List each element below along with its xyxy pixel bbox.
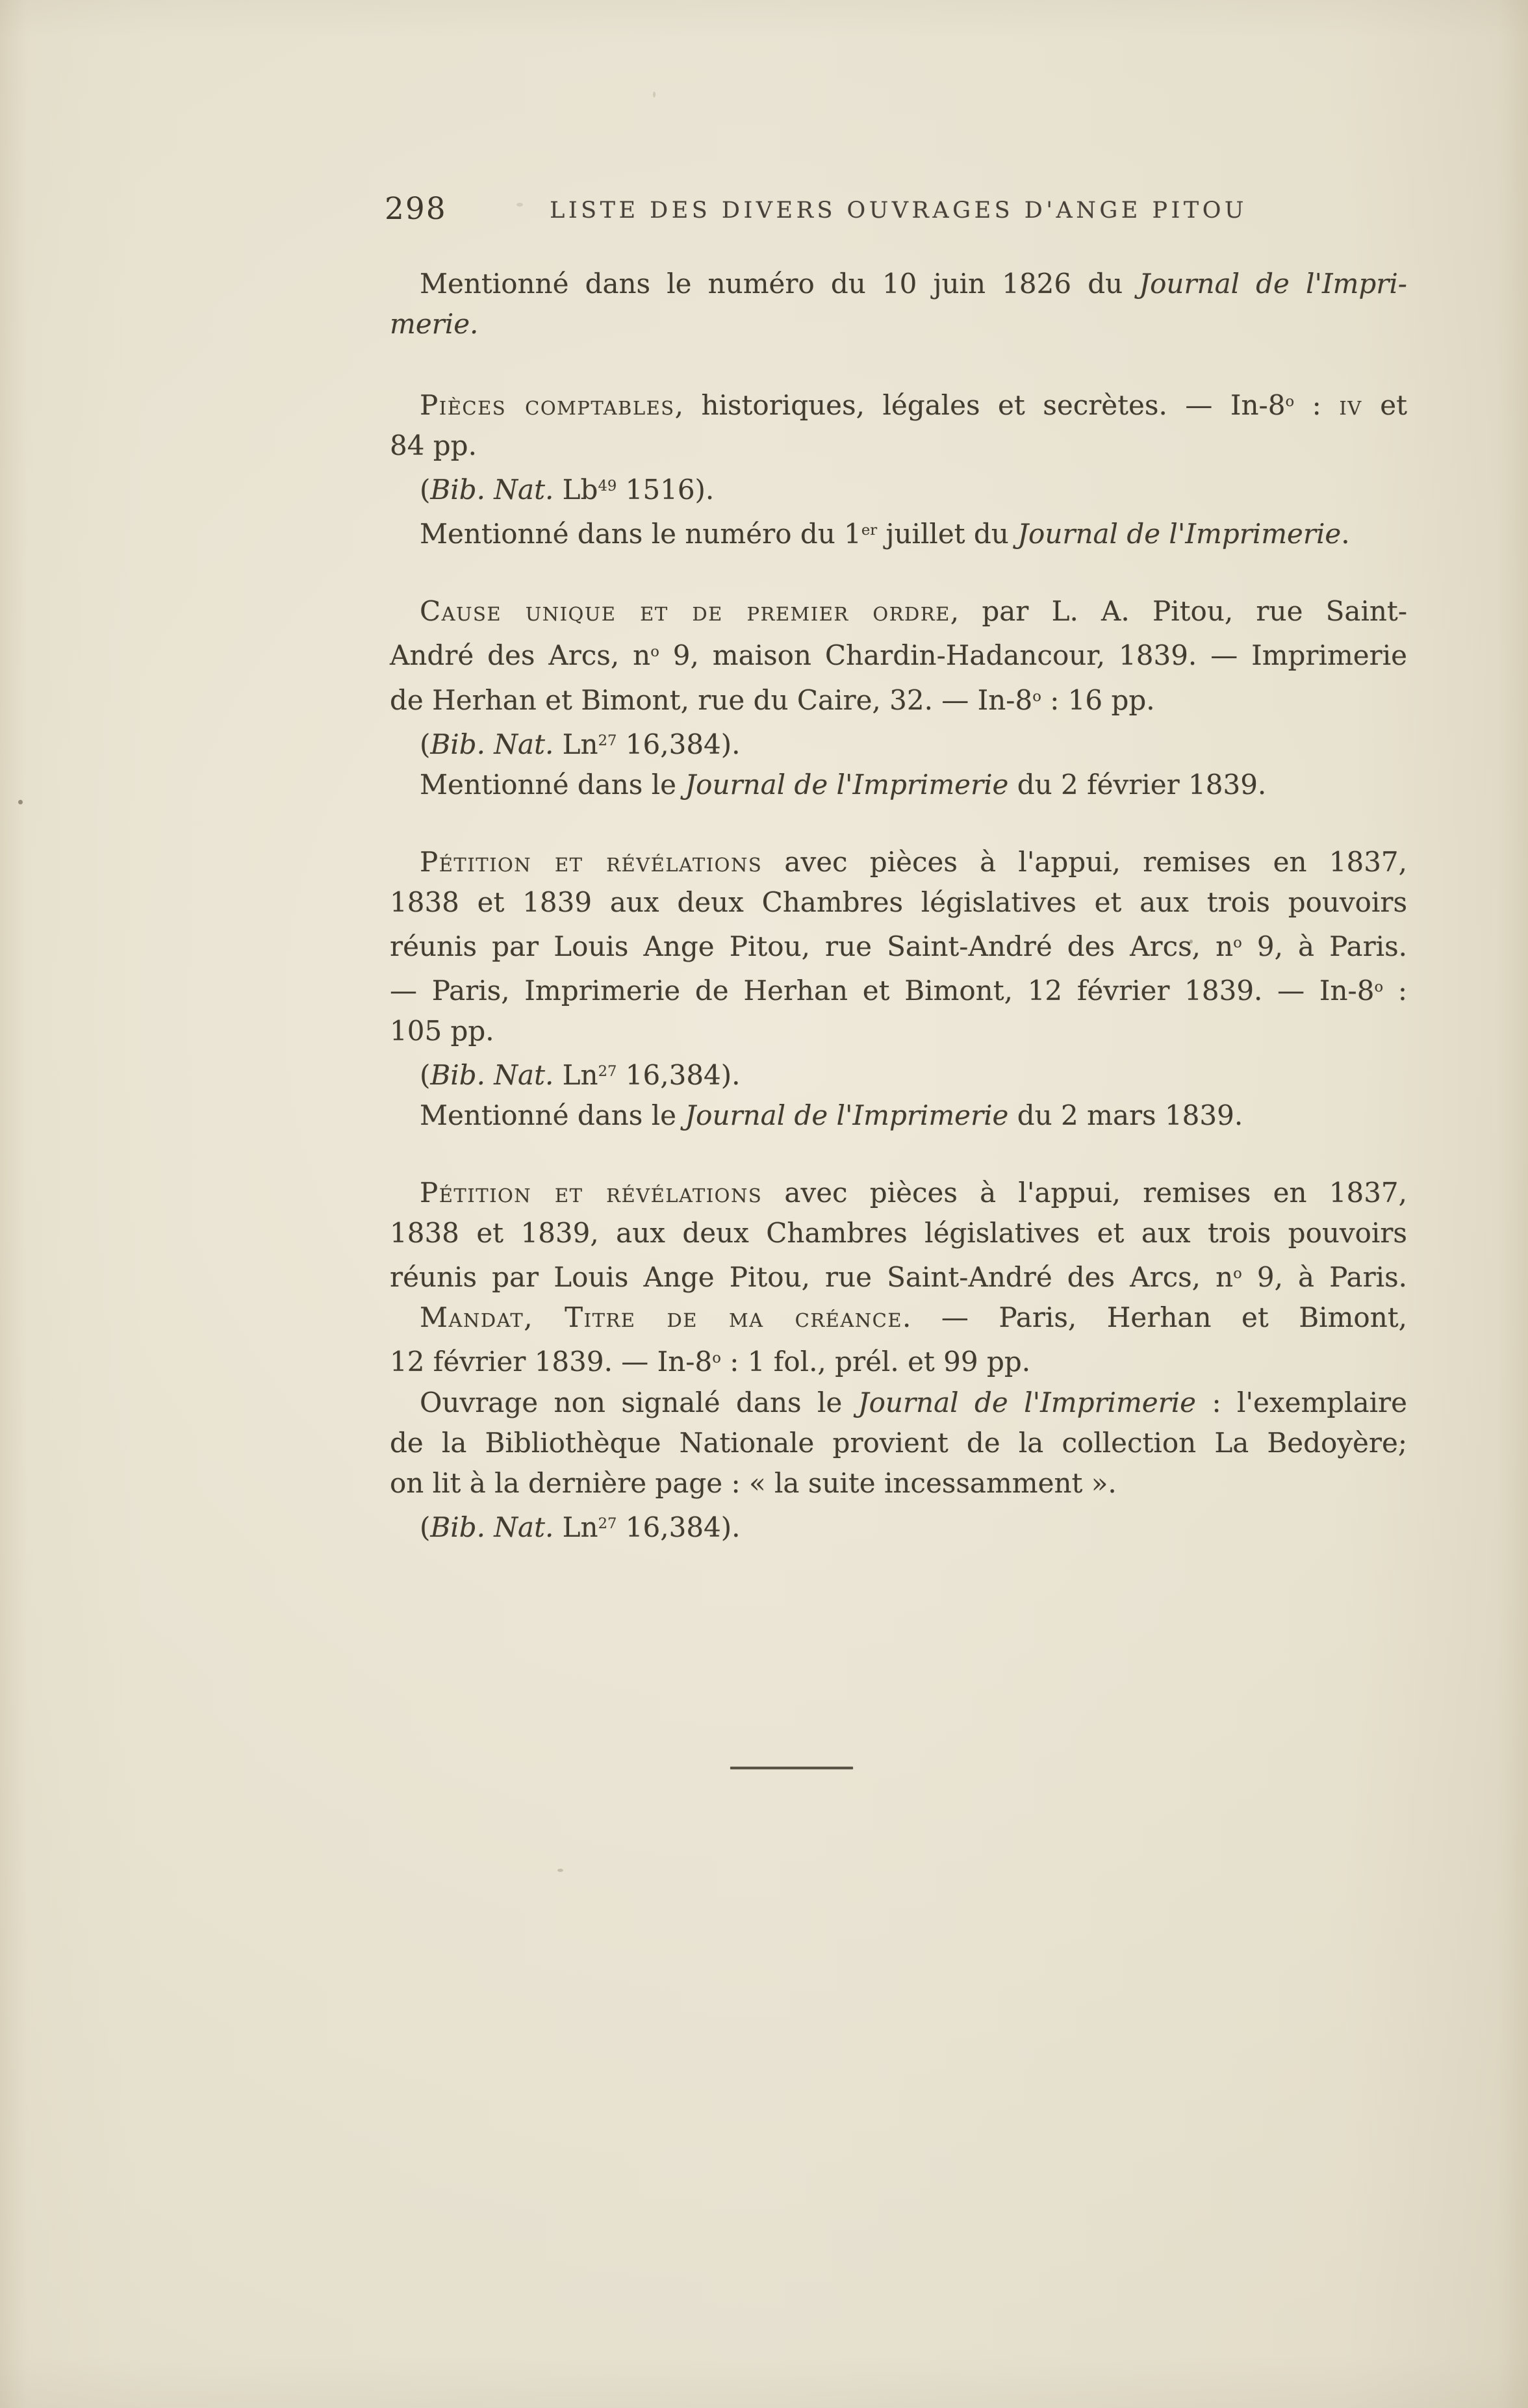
text-line: — Paris, Imprimerie de Herhan et Bimont,…	[390, 967, 1407, 1011]
paper-speck	[18, 800, 23, 804]
section-divider-rule	[730, 1767, 853, 1769]
text-line: 1838 et 1839 aux deux Chambres législati…	[390, 882, 1407, 923]
note-journal-juillet: Mentionné dans le numéro du 1er juillet …	[390, 510, 1407, 554]
note-journal-fevrier-1839: Mentionné dans le Journal de l'Imprimeri…	[390, 765, 1407, 805]
text-line: Mentionné dans le Journal de l'Imprimeri…	[390, 1095, 1407, 1136]
text-line: Mentionné dans le numéro du 1er juillet …	[390, 510, 1407, 554]
text-line: Ouvrage non signalé dans le Journal de l…	[390, 1383, 1407, 1423]
text-line: merie.	[390, 304, 1407, 344]
entry-petition-revelations-2: Pétition et révélations avec pièces à l'…	[390, 1173, 1407, 1298]
text-line: (Bib. Nat. Ln27 16,384).	[390, 1504, 1407, 1548]
text-line: (Bib. Nat. Lb49 1516).	[390, 466, 1407, 510]
shelfmark-ln27-b: (Bib. Nat. Ln27 16,384).	[390, 1051, 1407, 1095]
shelfmark-lb49: (Bib. Nat. Lb49 1516).	[390, 466, 1407, 510]
text-line: réunis par Louis Ange Pitou, rue Saint-A…	[390, 1253, 1407, 1298]
note-journal-1826: Mentionné dans le numéro du 10 juin 1826…	[390, 264, 1407, 344]
note-ouvrage-non-signale: Ouvrage non signalé dans le Journal de l…	[390, 1383, 1407, 1504]
text-line: Pièces comptables, historiques, légales …	[390, 381, 1407, 426]
text-line: Pétition et révélations avec pièces à l'…	[390, 842, 1407, 882]
text-line: 84 pp.	[390, 426, 1407, 466]
text-line: Cause unique et de premier ordre, par L.…	[390, 591, 1407, 632]
entry-cause-unique: Cause unique et de premier ordre, par L.…	[390, 591, 1407, 720]
entry-pieces-comptables: Pièces comptables, historiques, légales …	[390, 381, 1407, 466]
running-title: LISTE DES DIVERS OUVRAGES D'ANGE PITOU	[390, 192, 1407, 229]
text-line: Mentionné dans le numéro du 10 juin 1826…	[390, 264, 1407, 304]
text-line: 1838 et 1839, aux deux Chambres législat…	[390, 1213, 1407, 1253]
entry-petition-revelations-1: Pétition et révélations avec pièces à l'…	[390, 842, 1407, 1051]
note-journal-mars-1839: Mentionné dans le Journal de l'Imprimeri…	[390, 1095, 1407, 1136]
text-line: de Herhan et Bimont, rue du Caire, 32. —…	[390, 676, 1407, 721]
text-line: de la Bibliothèque Nationale provient de…	[390, 1423, 1407, 1463]
book-page-scan: 298 LISTE DES DIVERS OUVRAGES D'ANGE PIT…	[0, 0, 1528, 2408]
text-line: André des Arcs, no 9, maison Chardin-Had…	[390, 632, 1407, 676]
text-line: 12 février 1839. — In-8o : 1 fol., prél.…	[390, 1338, 1407, 1382]
entry-mandat: Mandat, Titre de ma créance. — Paris, He…	[390, 1298, 1407, 1382]
text-line: (Bib. Nat. Ln27 16,384).	[390, 1051, 1407, 1095]
page-header: 298 LISTE DES DIVERS OUVRAGES D'ANGE PIT…	[390, 192, 1407, 226]
text-line: on lit à la dernière page : « la suite i…	[390, 1463, 1407, 1504]
page-number: 298	[385, 192, 447, 226]
text-line: Pétition et révélations avec pièces à l'…	[390, 1173, 1407, 1213]
text-line: 105 pp.	[390, 1011, 1407, 1051]
text-line: (Bib. Nat. Ln27 16,384).	[390, 721, 1407, 765]
text-line: réunis par Louis Ange Pitou, rue Saint-A…	[390, 923, 1407, 967]
text-line: Mentionné dans le Journal de l'Imprimeri…	[390, 765, 1407, 805]
shelfmark-ln27-a: (Bib. Nat. Ln27 16,384).	[390, 721, 1407, 765]
text-line: Mandat, Titre de ma créance. — Paris, He…	[390, 1298, 1407, 1338]
shelfmark-ln27-c: (Bib. Nat. Ln27 16,384).	[390, 1504, 1407, 1548]
paper-speck	[653, 92, 656, 97]
paper-speck	[557, 1869, 563, 1872]
text-column: Mentionné dans le numéro du 10 juin 1826…	[390, 264, 1407, 1548]
